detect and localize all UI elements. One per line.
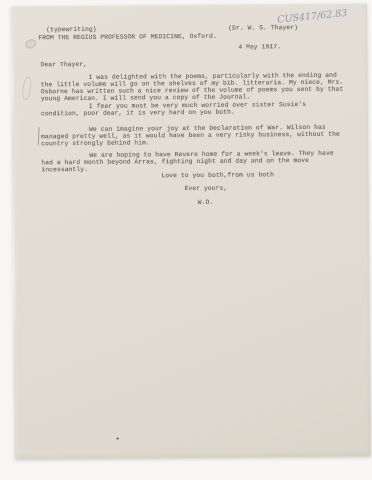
- page-torn-edge: [9, 7, 17, 460]
- letter-paragraph: We can imagine your joy at the Declarati…: [41, 124, 348, 148]
- recipient-annotation: (Dr. W. S. Thayer): [228, 24, 298, 32]
- signature-initials: W.O.: [198, 199, 214, 206]
- page-bottom-mark: +: [116, 437, 120, 443]
- scanned-letter-scene: (typewriting) FROM THE REGIUS PROFESSOR …: [0, 0, 372, 480]
- closing: Ever yours,: [185, 185, 228, 192]
- letterhead: FROM THE REGIUS PROFESSOR OF MEDICINE, O…: [38, 33, 216, 42]
- archival-annotation-typewriting: (typewriting): [46, 26, 96, 33]
- paperclip-mark: [21, 76, 32, 101]
- salutation: Dear Thayer,: [41, 61, 88, 68]
- letter-paragraph: We are hoping to have Revere home for a …: [41, 150, 348, 174]
- paperclip-mark: [24, 38, 37, 50]
- letter-paragraph: I was delighted with the poems, particul…: [41, 72, 348, 103]
- valediction-line: Love to you both,from us both: [161, 171, 274, 179]
- letter-date: 4 May 1917.: [238, 43, 281, 50]
- pencil-margin-mark: [38, 127, 40, 145]
- letter-page: (typewriting) FROM THE REGIUS PROFESSOR …: [11, 3, 371, 459]
- letter-paragraph: I fear you must be very much worried ove…: [41, 101, 348, 118]
- handwritten-archive-reference: CUS417/62.83: [277, 5, 372, 26]
